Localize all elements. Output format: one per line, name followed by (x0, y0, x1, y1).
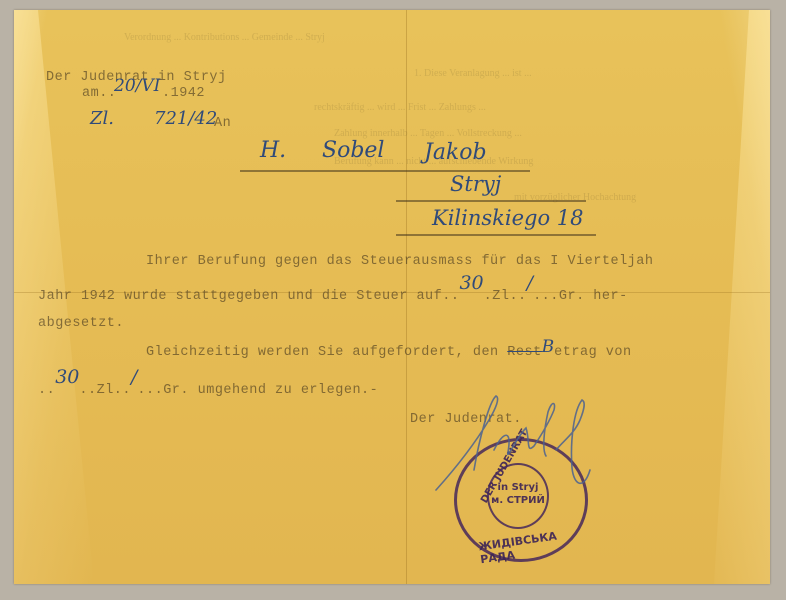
ghost-text: 1. Diese Veranlagung ... ist ... (414, 68, 532, 79)
reference-zl: Zl. (90, 108, 114, 129)
struck-word: Rest (507, 345, 541, 360)
stamp-outer-bottom: ЖИДІВСЬКА РАДА (478, 526, 587, 566)
body-line-2: Jahr 1942 wurde stattgegeben und die Ste… (38, 272, 628, 294)
recipient-salutation: H. (260, 138, 286, 163)
body-line-2-start: Jahr 1942 wurde stattgegeben und die Ste… (38, 289, 459, 304)
body-line-5-mid: ..Zl.. (79, 383, 131, 398)
amount-zl-handwritten: 30 (55, 366, 79, 388)
body-line-3: abgesetzt. (38, 316, 124, 331)
body-line-4: Gleichzeitig werden Sie aufgefordert, de… (146, 340, 632, 360)
reference-number: 721/42 (154, 108, 217, 129)
body-line-4-end: etrag von (554, 345, 631, 360)
handwritten-correction: B (542, 337, 555, 357)
to-label: An (214, 116, 231, 131)
body-line-4-start: Gleichzeitig werden Sie aufgefordert, de… (146, 345, 507, 360)
body-line-5-end: ...Gr. umgehend zu erlegen.- (137, 383, 378, 398)
amount-zl-handwritten: 30 (459, 272, 483, 294)
ghost-text: Verordnung ... Kontributions ... Gemeind… (124, 32, 325, 43)
body-line-1: Ihrer Berufung gegen das Steuerausmass f… (146, 254, 653, 269)
ghost-text: rechtskräftig ... wird ... Frist ... Zah… (314, 102, 486, 113)
body-line-2-end: ...Gr. her- (533, 289, 628, 304)
signature-icon (434, 390, 604, 500)
recipient-given-name: Jakob (424, 140, 487, 165)
body-line-5-start: .. (38, 383, 55, 398)
date-handwritten: 20/VI (114, 76, 160, 96)
date-prefix: am.. (82, 86, 116, 101)
recipient-city: Stryj (450, 172, 501, 196)
tape-strip-right (700, 10, 770, 584)
date-year: .1942 (162, 86, 205, 101)
body-line-5: ..30..Zl../...Gr. umgehend zu erlegen.- (38, 366, 378, 388)
address-rule (396, 200, 586, 202)
recipient-surname: Sobel (322, 138, 384, 163)
body-line-2-mid: .Zl.. (484, 289, 527, 304)
recipient-street: Kilinskiego 18 (432, 206, 584, 230)
address-rule (396, 234, 596, 236)
document-paper: Verordnung ... Kontributions ... Gemeind… (14, 10, 770, 584)
